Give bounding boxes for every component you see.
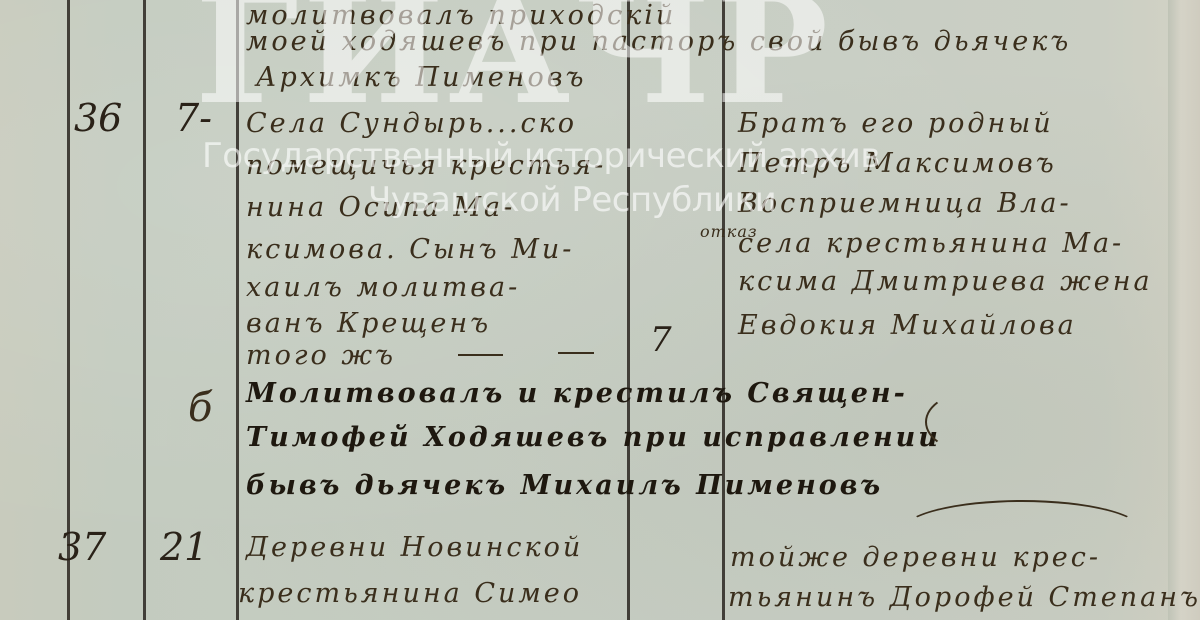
record-left-line: того жъ xyxy=(246,340,396,371)
record-day: 21 xyxy=(160,525,208,569)
record-left-line: ванъ Крещенъ xyxy=(246,308,491,339)
dash-mark xyxy=(458,354,503,356)
record-number: 36 xyxy=(74,96,122,140)
margin-mark: б xyxy=(188,385,215,431)
archive-watermark-line-2: Чувашской Республики xyxy=(368,180,776,220)
closing-line-1: Молитвовалъ и крестилъ Священ- xyxy=(246,378,908,409)
scanned-document-page: молитвовалъ приходскій моей ходяшевъ при… xyxy=(0,0,1200,620)
record-right-line: тьянинъ Дорофей Степанъ xyxy=(728,582,1200,613)
page-binding-edge xyxy=(1168,0,1200,620)
record-right-line: села крестьянина Ма- xyxy=(738,228,1124,259)
record-left-line: крестьянина Симео xyxy=(238,578,582,609)
archive-watermark-logo: ГИАЧР xyxy=(195,0,832,138)
record-left-line: хаилъ молитва- xyxy=(246,272,520,303)
record-left-line: Деревни Новинской xyxy=(246,532,583,563)
record-number: 37 xyxy=(58,525,106,569)
record-right-line: тойже деревни крес- xyxy=(730,542,1101,573)
column-rule-2 xyxy=(143,0,146,620)
record-mid-number: 7 xyxy=(650,320,672,360)
record-right-line: Евдокия Михайлова xyxy=(738,310,1077,341)
archive-watermark-line-1: Государственный исторический архив xyxy=(202,136,880,176)
flourish-stroke xyxy=(925,390,1029,454)
closing-line-3: бывъ дьячекъ Михаилъ Пименовъ xyxy=(246,470,883,501)
record-right-line: Восприемница Вла- xyxy=(738,188,1072,219)
record-left-line: ксимова. Сынъ Ми- xyxy=(246,234,574,265)
closing-line-2: Тимофей Ходяшевъ при исправлении xyxy=(246,422,941,453)
record-right-line: ксима Дмитриева жена xyxy=(738,266,1153,297)
dash-mark xyxy=(558,352,594,354)
